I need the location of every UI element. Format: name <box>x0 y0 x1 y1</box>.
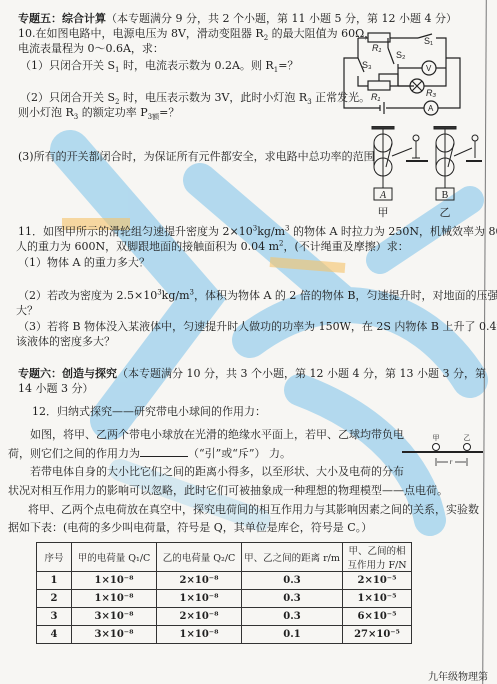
q10-line1: 10.在如图电路中，电源电压为 8V，滑动变阻器 R2 的最大阻值为 60Ω， <box>18 27 375 41</box>
q11-line1: 11．如图甲所示的滑轮组匀速提升密度为 2×103kg/m3 的物体 A 时拉力… <box>18 225 497 239</box>
table-header-row: 序号 甲的电荷量 Q₁/C 乙的电荷量 Q₂/C 甲、乙之间的距离 r/m 甲、… <box>37 543 412 572</box>
section5-header: 专题五：综合计算（本专题满分 9 分，共 2 个小题，第 11 小题 5 分，第… <box>18 12 457 26</box>
page-footer: 九年级物理第 <box>428 668 488 683</box>
col-header-distance: 甲、乙之间的距离 r/m <box>242 543 343 572</box>
pulley-figures: A B 甲 乙 <box>362 126 482 221</box>
svg-text:甲: 甲 <box>378 206 389 219</box>
q11-text: kg/m <box>257 225 285 238</box>
table-row: 1 1×10⁻⁸ 2×10⁻⁸ 0.3 2×10⁻⁵ <box>37 572 412 590</box>
section6-note-line2: 14 小题 3 分） <box>18 382 94 396</box>
cell: 27×10⁻⁵ <box>343 626 412 644</box>
q12-para2-line1: 若带电体自身的大小比它们之间的距离小得多，以至形状、大小及电荷的分布 <box>30 465 404 479</box>
q11-text: 人的重力为 600N，双脚跟地面的接触面积为 0.04 m <box>16 240 279 253</box>
svg-text:S₂: S₂ <box>396 50 406 60</box>
svg-text:A: A <box>428 104 434 113</box>
load-b-label: B <box>442 190 449 201</box>
q10-text: 10.在如图电路中，电源电压为 8V，滑动变阻器 R <box>18 27 264 40</box>
exam-page: 专题五：综合计算（本专题满分 9 分，共 2 个小题，第 11 小题 5 分，第… <box>0 0 497 684</box>
table-row: 4 3×10⁻⁸ 1×10⁻⁸ 0.1 27×10⁻⁵ <box>37 626 412 644</box>
q11-text: 的物体 A 时拉力为 250N，机械效率为 80%， <box>290 225 497 238</box>
q10-part1: （1）只闭合开关 S1 时，电流表示数为 0.2A。则 R1=？ <box>20 59 298 73</box>
q11-line2: 人的重力为 600N，双脚跟地面的接触面积为 0.04 m2，(不计绳重及摩擦）… <box>16 240 409 254</box>
cell: 0.1 <box>242 626 343 644</box>
q12-para2-line2: 状况对相互作用力的影响可以忽略，此时它们可被抽象成一种理想的物理模型——点电荷。 <box>8 484 448 498</box>
load-a-label: A <box>379 190 387 201</box>
q10-part3: (3)所有的开关都闭合时，为保证所有元件都安全，求电路中总功率的范围 <box>18 150 375 164</box>
cell: 2×10⁻⁸ <box>157 572 242 590</box>
cell: 2 <box>37 590 72 608</box>
q11-part2-line2: 大？ <box>16 304 38 318</box>
q10-p2-text: 的额定功率 P <box>78 106 147 119</box>
charge-data-table: 序号 甲的电荷量 Q₁/C 乙的电荷量 Q₂/C 甲、乙之间的距离 r/m 甲、… <box>36 542 412 644</box>
cell: 3×10⁻⁸ <box>72 626 157 644</box>
q10-part2: （2）只闭合开关 S2 时，电压表示数为 3V，此时小灯泡 R3 正常发光。 <box>20 91 370 105</box>
cell: 1×10⁻⁸ <box>157 626 242 644</box>
q12-para3-line1: 将甲、乙两个点电荷放在真空中，探究电荷间的相互作用力与其影响因素之间的关系，实验… <box>28 503 479 517</box>
svg-text:甲: 甲 <box>433 434 440 442</box>
section6-note: （本专题满分 10 分，共 3 个小题，第 12 小题 4 分，第 13 小题 … <box>117 367 486 380</box>
q12-text: （“引”或“斥”） 力。 <box>188 447 291 460</box>
q10-p2-text: 则小灯泡 R <box>18 106 74 119</box>
table-row: 2 1×10⁻⁸ 1×10⁻⁸ 0.3 1×10⁻⁵ <box>37 590 412 608</box>
cell: 6×10⁻⁵ <box>343 608 412 626</box>
cell: 2×10⁻⁵ <box>343 572 412 590</box>
cell: 1 <box>37 572 72 590</box>
svg-text:r: r <box>450 458 453 466</box>
q11-part3: （3）若将 B 物体没入某液体中，匀速提升时人做功的功率为 150W，在 2S … <box>18 320 497 334</box>
svg-text:S₃: S₃ <box>362 60 372 70</box>
q10-p2-text: （2）只闭合开关 S <box>20 91 115 104</box>
cell: 0.3 <box>242 608 343 626</box>
section6-title: 专题六：创造与探究 <box>18 367 117 380</box>
cell: 1×10⁻⁸ <box>72 572 157 590</box>
point-charges-figure: 甲 乙 r <box>400 432 485 472</box>
col-header-q2: 乙的电荷量 Q₂/C <box>157 543 242 572</box>
q10-p2-text: 时，电压表示数为 3V，此时小灯泡 R <box>120 91 308 104</box>
col-header-index: 序号 <box>37 543 72 572</box>
q10-p1-text: （1）只闭合开关 S <box>20 59 115 72</box>
cell: 1×10⁻⁸ <box>157 590 242 608</box>
cell: 0.3 <box>242 572 343 590</box>
q11-text: 11．如图甲所示的滑轮组匀速提升密度为 2×10 <box>18 225 253 238</box>
q11-part1: （1）物体 A 的重力多大？ <box>18 256 150 270</box>
circuit-diagram: R₁ S₁ S₂ S₃ R₁ V A R₃ <box>340 28 475 123</box>
cell: 1×10⁻⁵ <box>343 590 412 608</box>
q12-para1-line2: 荷，则它们之间的作用力为（“引”或“斥”） 力。 <box>8 446 291 461</box>
q12-para3-line2: 据如下表：(电荷的多少叫电荷量，符号是 Q，其单位是库仑，符号是 C。） <box>8 521 372 535</box>
q11-p2-text: （2）若改为密度为 2.5×10 <box>18 289 157 302</box>
col-header-force: 甲、乙间的相互作用力 F/N <box>343 543 412 572</box>
rheostat-r2 <box>368 81 390 90</box>
answer-blank[interactable] <box>140 446 188 457</box>
q10-part2-line2: 则小灯泡 R3 的额定功率 P3额=？ <box>18 106 179 120</box>
cell: 1×10⁻⁸ <box>72 590 157 608</box>
section6-header: 专题六：创造与探究（本专题满分 10 分，共 3 个小题，第 12 小题 4 分… <box>18 367 486 381</box>
svg-text:R₁: R₁ <box>371 92 380 102</box>
section5-note: （本专题满分 9 分，共 2 个小题，第 11 小题 5 分，第 12 小题 4… <box>106 12 457 25</box>
svg-text:S₁: S₁ <box>424 36 433 46</box>
cell: 2×10⁻⁸ <box>157 608 242 626</box>
resistor-r1-top <box>368 33 390 42</box>
svg-text:R₃: R₃ <box>426 88 436 98</box>
cell: 3×10⁻⁸ <box>72 608 157 626</box>
page-border <box>482 0 487 684</box>
q12-para1-line1: 如图，将甲、乙两个带电小球放在光滑的绝缘水平面上，若甲、乙球均带负电 <box>30 428 404 442</box>
q11-part3-line2: 该液体的密度多大？ <box>16 335 115 349</box>
q11-p2-text: kg/m <box>162 289 190 302</box>
section5-title: 专题五：综合计算 <box>18 12 106 25</box>
q11-p2-text: ，体积为物体 A 的 2 倍的物体 B，匀速提升时，对地面的压强多 <box>194 289 497 302</box>
svg-text:V: V <box>426 64 432 73</box>
q11-text: ，(不计绳重及摩擦）求： <box>284 240 409 253</box>
q12-text: 荷，则它们之间的作用力为 <box>8 447 140 460</box>
q10-p1-text: =？ <box>278 59 298 72</box>
cell: 4 <box>37 626 72 644</box>
q10-p2-text: =？ <box>159 106 179 119</box>
q12-title: 12．归纳式探究——研究带电小球间的作用力： <box>32 405 266 419</box>
q10-line2: 电流表量程为 0～0.6A，求： <box>18 42 164 56</box>
svg-text:乙: 乙 <box>440 206 451 219</box>
table-row: 3 3×10⁻⁸ 2×10⁻⁸ 0.3 6×10⁻⁵ <box>37 608 412 626</box>
q10-p2-sub: 3额 <box>148 113 159 121</box>
svg-text:乙: 乙 <box>464 434 471 442</box>
q10-p1-text: 时，电流表示数为 0.2A。则 R <box>120 59 274 72</box>
cell: 0.3 <box>242 590 343 608</box>
cell: 3 <box>37 608 72 626</box>
q11-part2: （2）若改为密度为 2.5×103kg/m3，体积为物体 A 的 2 倍的物体 … <box>18 289 497 303</box>
col-header-q1: 甲的电荷量 Q₁/C <box>72 543 157 572</box>
svg-text:R₁: R₁ <box>372 43 381 53</box>
